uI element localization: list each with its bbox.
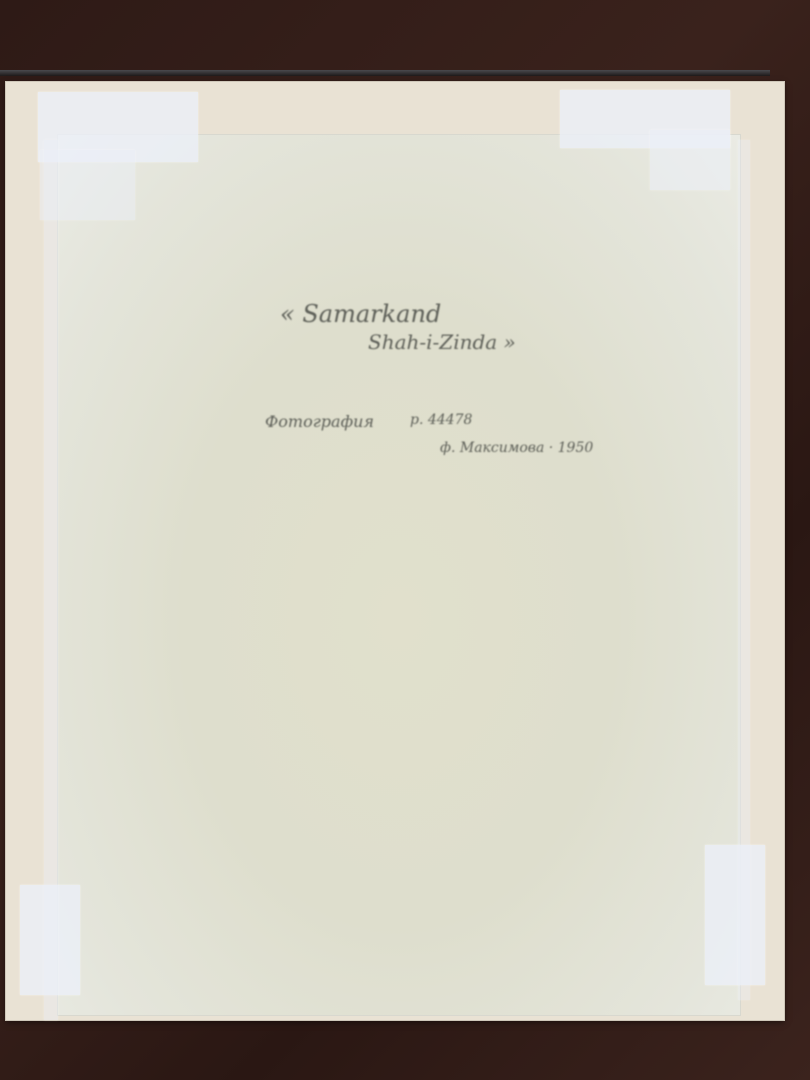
inscription-line-2: Shah-i-Zinda » xyxy=(368,330,516,354)
tape-bottom-right xyxy=(705,845,765,985)
tape-left-strip xyxy=(44,140,58,1020)
tape-right-strip xyxy=(738,140,750,1000)
inscription-line-3: Фотография xyxy=(265,412,374,431)
inscription-line-5: ф. Максимова · 1950 xyxy=(440,440,593,456)
tape-top-right-2 xyxy=(650,130,730,190)
glass-edge xyxy=(0,70,770,76)
inscription-line-1: « Samarkand xyxy=(280,300,441,328)
inscription-line-4: р. 44478 xyxy=(410,412,472,428)
photo-print-back xyxy=(58,135,740,1015)
